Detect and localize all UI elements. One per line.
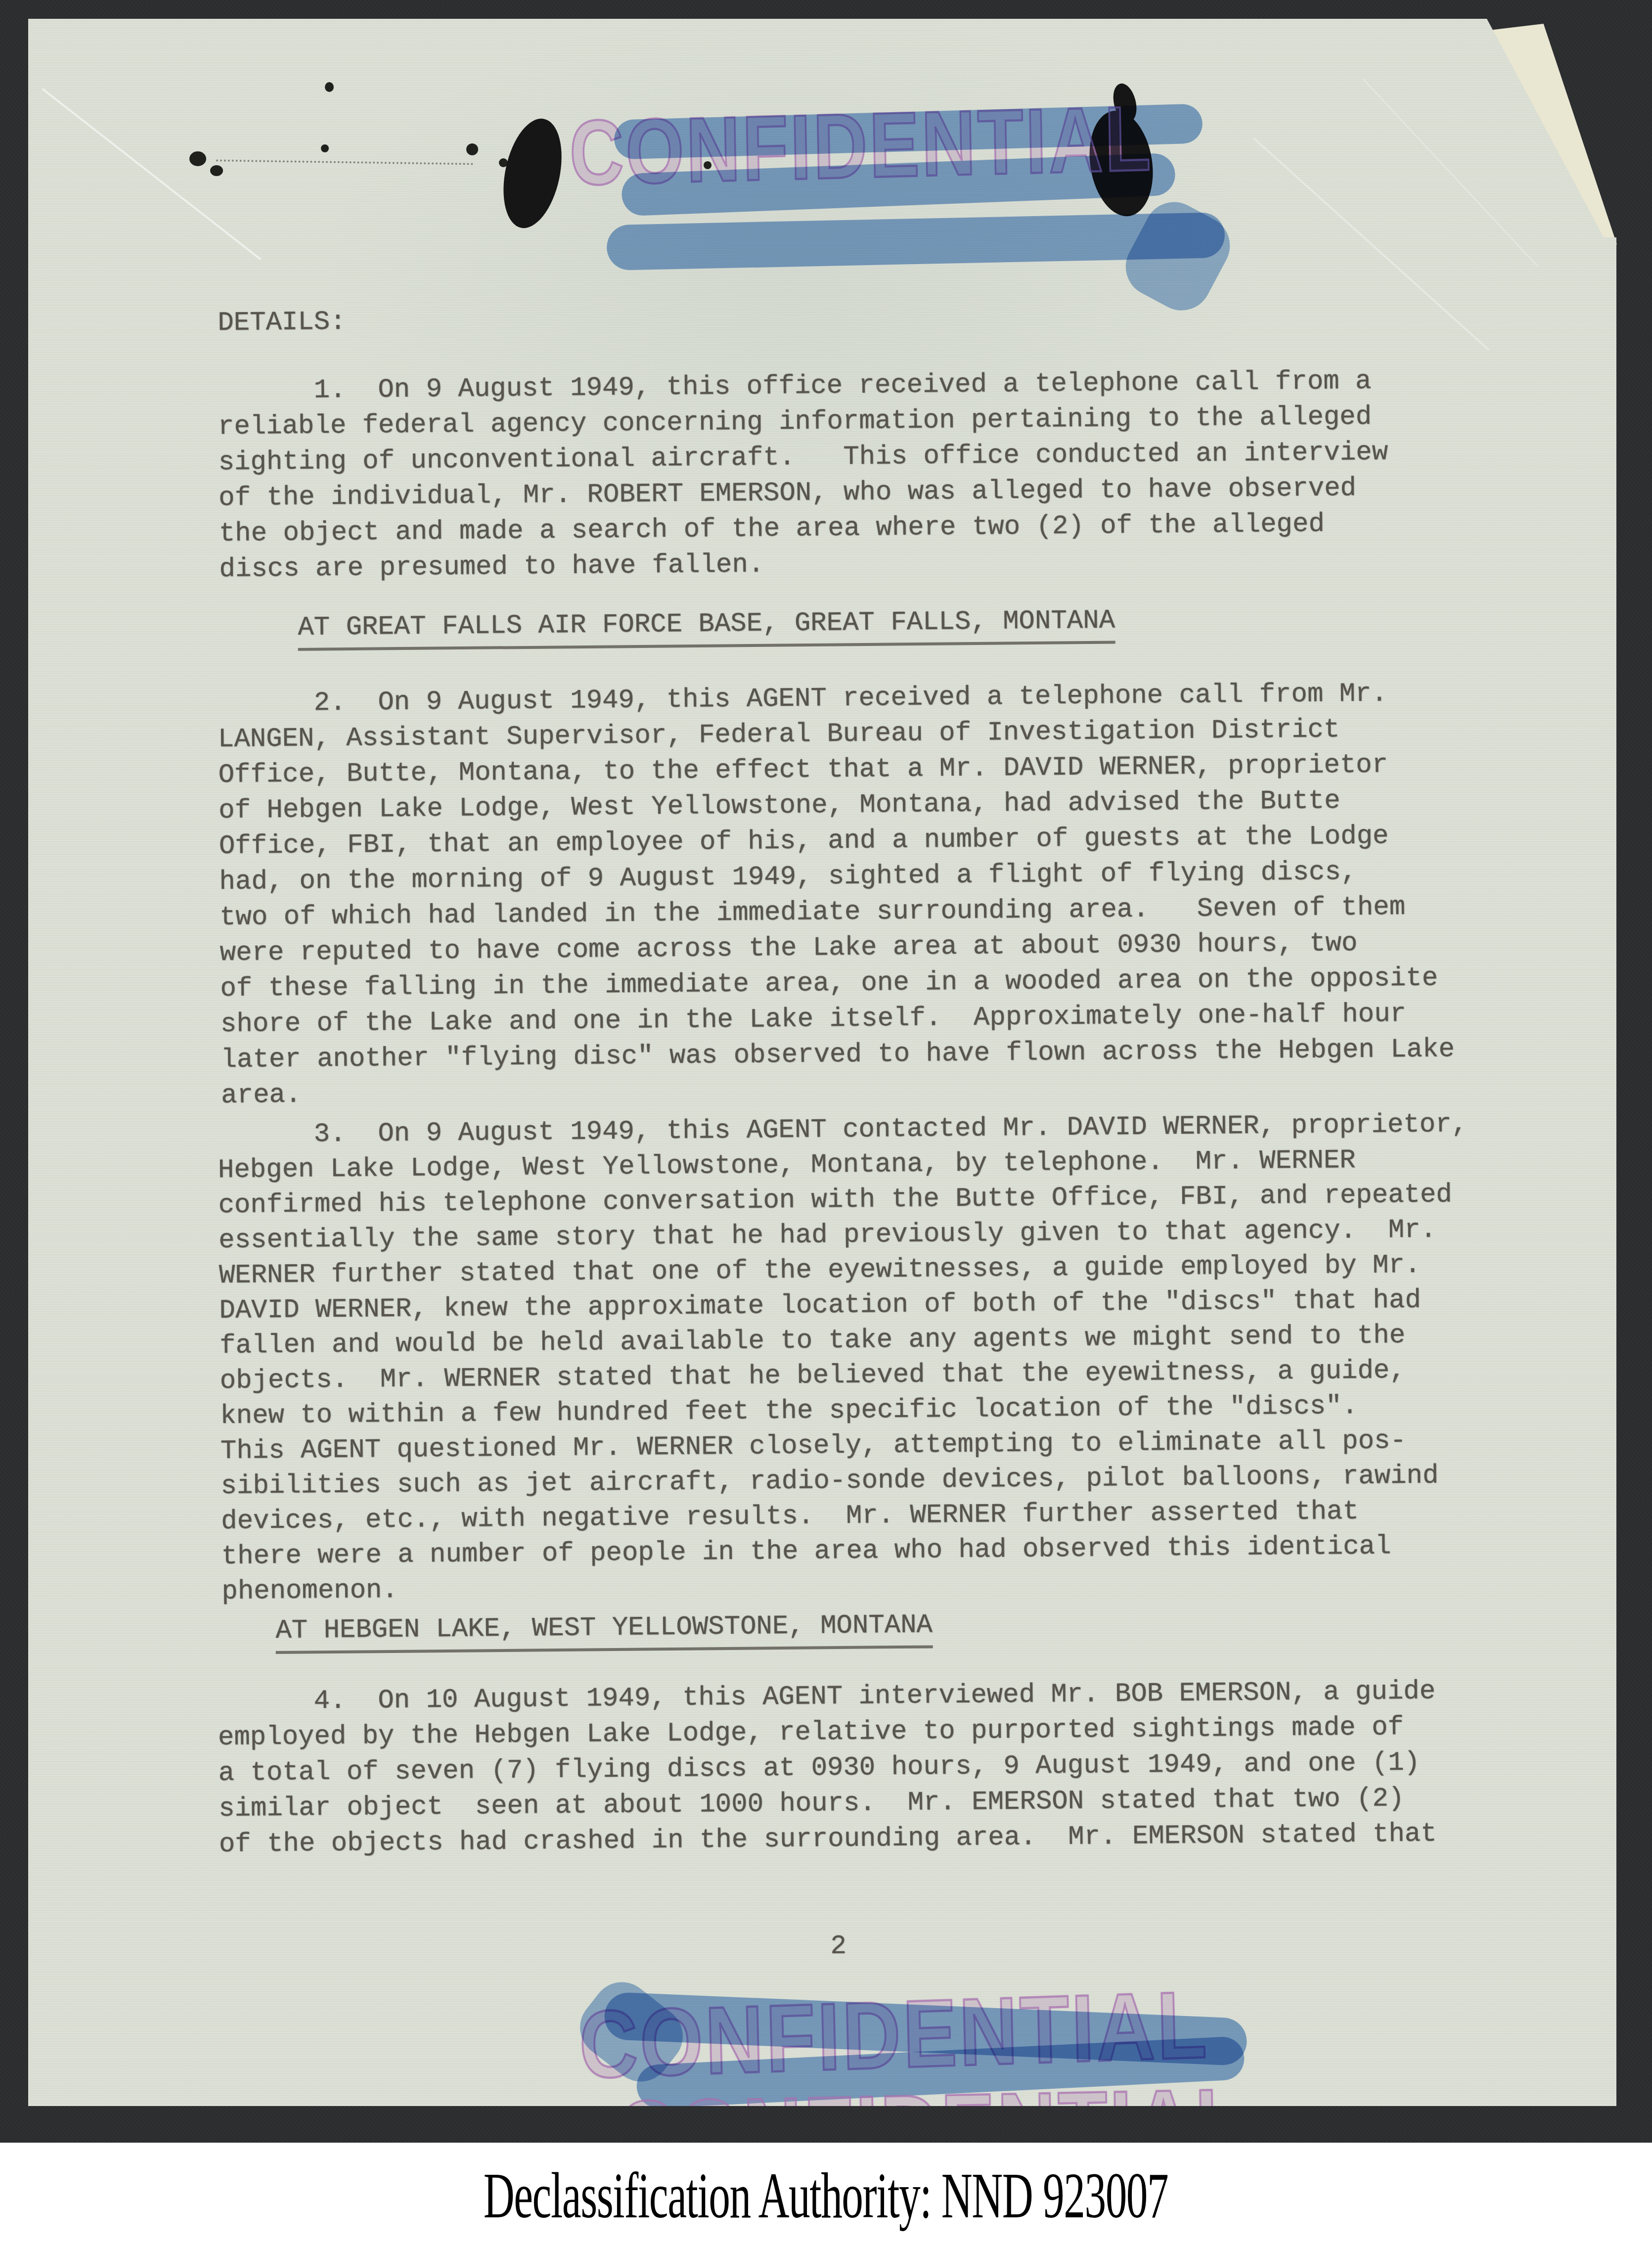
- staple-tear-line: [216, 159, 473, 165]
- paper-crease: [1253, 138, 1489, 351]
- paragraph-3: 3. On 9 August 1949, this AGENT contacte…: [218, 1107, 1472, 1609]
- staple-tear: [321, 144, 329, 152]
- heading-hebgen-lake-text: AT HEBGEN LAKE, WEST YELLOWSTONE, MONTAN…: [275, 1610, 933, 1654]
- staple-tear: [325, 82, 334, 92]
- paper-crease: [1362, 78, 1539, 267]
- staple-tear: [466, 143, 478, 155]
- paragraph-2: 2. On 9 August 1949, this AGENT received…: [218, 676, 1455, 1114]
- declassification-footer-text: Declassification Authority: NND 923007: [484, 2157, 1168, 2233]
- scanned-document-sheet: CONFIDENTIAL DETAILS: 1. On 9 August 194…: [0, 0, 1652, 2248]
- paragraph-4: 4. On 10 August 1949, this AGENT intervi…: [218, 1674, 1437, 1863]
- heading-hebgen-lake: AT HEBGEN LAKE, WEST YELLOWSTONE, MONTAN…: [275, 1607, 933, 1649]
- paragraph-1: 1. On 9 August 1949, this office receive…: [218, 364, 1389, 588]
- page-number: 2: [830, 1929, 847, 1965]
- heading-great-falls-text: AT GREAT FALLS AIR FORCE BASE, GREAT FAL…: [298, 606, 1115, 651]
- paper-crease: [42, 88, 262, 260]
- declassification-footer: Declassification Authority: NND 923007: [0, 2143, 1652, 2248]
- punch-hole-left: [494, 113, 571, 233]
- details-heading: DETAILS:: [218, 305, 346, 341]
- staple-tear: [189, 151, 206, 166]
- staple-tear: [210, 165, 223, 176]
- document-page: CONFIDENTIAL DETAILS: 1. On 9 August 194…: [28, 19, 1616, 2106]
- heading-great-falls: AT GREAT FALLS AIR FORCE BASE, GREAT FAL…: [298, 603, 1115, 646]
